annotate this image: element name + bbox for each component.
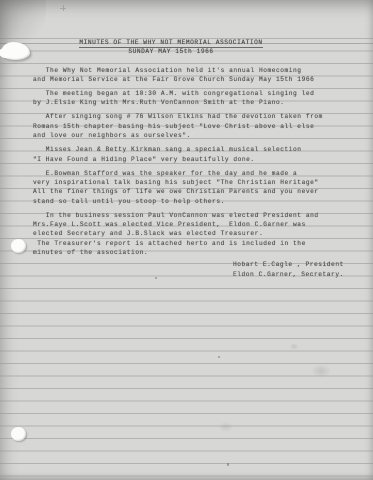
typed-line: elected Secretary and J.B.Slack was elec… — [33, 229, 367, 238]
punch-hole-torn — [1, 42, 30, 60]
paragraph-musical-selection: Misses Jean & Betty Kirkman sang a speci… — [33, 145, 367, 164]
typed-line: stand so tall until you stoop to help ot… — [33, 197, 367, 206]
signature-secretary: Eldon C.Garner, Secretary. — [233, 270, 367, 279]
signature-block: Hobart E.Cagle , President Eldon C.Garne… — [233, 260, 367, 279]
typed-line: Mrs.Faye L.Scott was elected Vice Presid… — [33, 220, 367, 229]
paper-stain — [288, 342, 300, 351]
paragraph-devotion: After singing song # 76 Wilson Elkins ha… — [33, 112, 367, 140]
title-line-2: SUNDAY MAY 15th 1966 — [77, 47, 265, 56]
paragraph-meeting-start: The meeting began at 10:30 A.M. with con… — [33, 89, 367, 108]
typed-line: very inspirational talk basing his subje… — [33, 178, 367, 187]
typed-line: The Why Not Memorial Association held it… — [33, 66, 367, 75]
plus-mark-icon — [60, 5, 66, 11]
typed-line: Misses Jean & Betty Kirkman sang a speci… — [33, 145, 367, 154]
paper-speck — [218, 356, 220, 358]
paper-speck — [227, 463, 229, 466]
signature-president: Hobart E.Cagle , President — [233, 260, 367, 269]
typed-line: E.Bowman Stafford was the speaker for th… — [33, 169, 367, 178]
punch-hole-middle — [11, 239, 26, 253]
paper-stain — [308, 362, 334, 380]
paper-stain — [216, 420, 236, 434]
scanned-document-page: MINUTES OF THE WHY NOT MEMORIAL ASSOCIAT… — [0, 0, 373, 480]
typed-line: minutes of the association. — [33, 248, 367, 257]
typed-line: and love our neighbors as ourselves". — [33, 131, 367, 140]
typed-content: MINUTES OF THE WHY NOT MEMORIAL ASSOCIAT… — [33, 38, 367, 279]
typed-line: and Memorial Service at the Fair Grove C… — [33, 75, 367, 84]
paragraph-homecoming: The Why Not Memorial Association held it… — [33, 66, 367, 85]
typed-line: by J.Elsie King with Mrs.Ruth VonCannon … — [33, 98, 367, 107]
document-title: MINUTES OF THE WHY NOT MEMORIAL ASSOCIAT… — [77, 38, 265, 57]
typed-line: The meeting began at 10:30 A.M. with con… — [33, 89, 367, 98]
typed-line: "I Have Found a Hiding Place" very beaut… — [33, 155, 367, 164]
typed-line: Romans 15th chapter basing his subject "… — [33, 122, 367, 131]
paragraph-business-session: In the business session Paul VonCannon w… — [33, 211, 367, 258]
typed-line: All the finer things of life we owe Chri… — [33, 187, 367, 196]
typed-line: The Treasurer's report is attached herto… — [33, 239, 367, 248]
paragraph-speaker: E.Bowman Stafford was the speaker for th… — [33, 169, 367, 206]
typed-line: In the business session Paul VonCannon w… — [33, 211, 367, 220]
punch-hole-bottom — [11, 427, 26, 441]
title-line-1: MINUTES OF THE WHY NOT MEMORIAL ASSOCIAT… — [77, 38, 265, 47]
typed-line: After singing song # 76 Wilson Elkins ha… — [33, 112, 367, 121]
